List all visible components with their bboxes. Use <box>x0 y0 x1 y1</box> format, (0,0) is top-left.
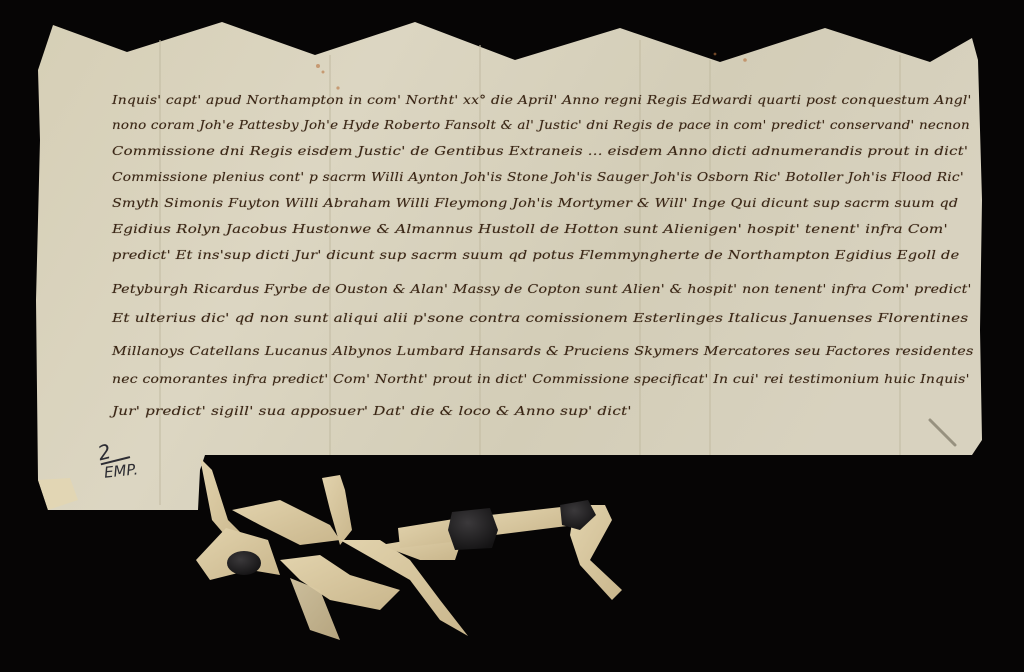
text-line: Smyth Simonis Fuyton Willi Abraham Willi… <box>112 195 958 210</box>
text-line: Et ulterius dic' qd non sunt aliqui alii… <box>112 310 968 325</box>
text-line: nec comorantes infra predict' Com' North… <box>112 371 970 386</box>
text-line: Egidius Rolyn Jacobus Hustonwe & Almannu… <box>112 221 948 236</box>
photo-background: Inquis' capt' apud Northampton in com' N… <box>0 0 1024 672</box>
text-line: predict' Et ins'sup dicti Jur' dicunt su… <box>112 247 959 262</box>
shelfmark-code: EMP. <box>103 462 139 480</box>
wax-seal-2 <box>448 508 498 550</box>
text-line: Jur' predict' sigill' sua apposuer' Dat'… <box>112 403 632 418</box>
seal-tags <box>196 458 622 640</box>
text-line: Millanoys Catellans Lucanus Albynos Lumb… <box>112 343 974 358</box>
text-line: Commissione plenius cont' p sacrm Willi … <box>112 169 964 184</box>
text-line: Inquis' capt' apud Northampton in com' N… <box>112 92 972 107</box>
wax-seal-1 <box>227 551 261 575</box>
archive-shelfmark: 2 EMP. <box>88 440 138 479</box>
text-line: Petyburgh Ricardus Fyrbe de Ouston & Ala… <box>112 281 972 296</box>
text-line: Commissione dni Regis eisdem Justic' de … <box>112 143 968 158</box>
text-line: nono coram Joh'e Pattesby Joh'e Hyde Rob… <box>112 117 970 132</box>
